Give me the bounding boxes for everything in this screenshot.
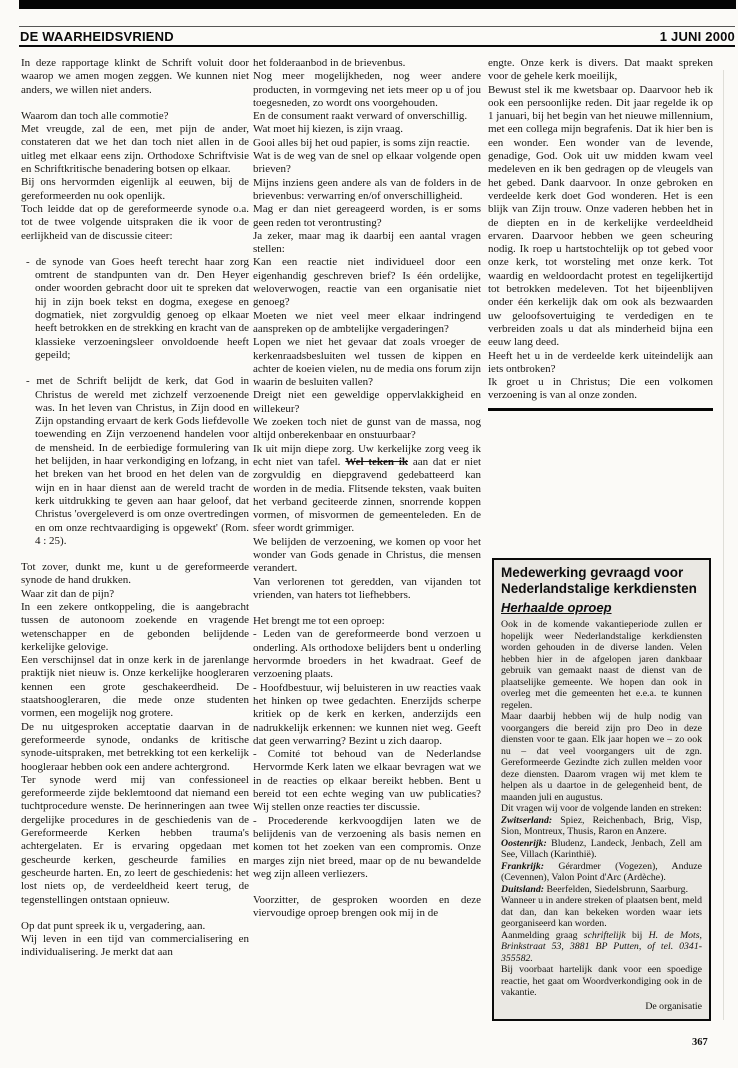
text-segment: Het brengt me tot een oproep: — [253, 615, 385, 627]
paragraph: Nog meer mogelijkheden, nog weer andere … — [253, 70, 481, 110]
paragraph: Tot zover, dunkt me, kunt u de gereforme… — [21, 561, 249, 588]
paragraph: In een zekere ontkoppeling, die is aange… — [21, 601, 249, 654]
text-segment: Bij voorbaat hartelijk dank voor een spo… — [501, 964, 702, 998]
text-segment: - Procederende kerkvoogdijen laten we de… — [253, 815, 481, 880]
paragraph: Maar daarbij hebben wij de hulp nodig va… — [501, 711, 702, 803]
masthead: DE WAARHEIDSVRIEND 1 JUNI 2000 — [20, 29, 735, 44]
text-segment: Wij leven in een tijd van commercialiser… — [21, 933, 249, 958]
text-segment: Moeten we niet veel meer elkaar indringe… — [253, 310, 481, 335]
paragraph: - Comité tot behoud van de Nederlandse H… — [253, 748, 481, 814]
header-rule-top — [19, 26, 735, 27]
text-segment: Waarom dan toch alle commotie? — [21, 110, 169, 122]
text-segment: In een zekere ontkoppeling, die is aange… — [21, 601, 249, 653]
text-segment: Kan een reactie niet individueel door ee… — [253, 256, 481, 308]
scan-artifact-line — [723, 70, 724, 1020]
paragraph: De nu uitgesproken acceptatie daarvan in… — [21, 721, 249, 774]
paragraph: De organisatie — [501, 1001, 702, 1013]
text-segment: Wat moet hij kiezen, is zijn vraag. — [253, 123, 403, 135]
paragraph: Van verlorenen tot geredden, van vijande… — [253, 576, 481, 603]
text-segment: Een verschijnsel dat in onze kerk in de … — [21, 654, 249, 719]
magazine-page: DE WAARHEIDSVRIEND 1 JUNI 2000 In deze r… — [0, 0, 738, 1068]
text-segment: het folderaanbod in de brievenbus. — [253, 57, 405, 69]
paragraph: Gooi alles bij het oud papier, is soms z… — [253, 137, 481, 150]
text-column-3: engte. Onze kerk is divers. Dat maakt sp… — [488, 57, 713, 411]
paragraph: Zwitserland: Spiez, Reichenbach, Brig, V… — [501, 815, 702, 838]
announcement-subtitle: Herhaalde oproep — [501, 600, 702, 615]
paragraph: - Procederende kerkvoogdijen laten we de… — [253, 815, 481, 881]
text-segment: Oostenrijk: — [501, 838, 547, 849]
top-black-bar — [19, 0, 736, 9]
paragraph: Mijns inziens geen andere als van de fol… — [253, 177, 481, 204]
text-segment: - met de Schrift belijdt de kerk, dat Go… — [26, 375, 249, 547]
text-segment: Ter synode werd mij van confessioneel ge… — [21, 774, 249, 906]
paragraph: Ja zeker, maar mag ik daarbij een aantal… — [253, 230, 481, 257]
text-segment: De nu uitgesproken acceptatie daarvan in… — [21, 721, 249, 773]
paragraph: Aanmelding graag schriftelijk bij H. de … — [501, 930, 702, 965]
paragraph: Dreigt niet een geweldige oppervlakkighe… — [253, 389, 481, 416]
paragraph: - met de Schrift belijdt de kerk, dat Go… — [26, 375, 249, 548]
header-rule-bottom — [19, 45, 735, 47]
text-segment: Maar daarbij hebben wij de hulp nodig va… — [501, 711, 702, 803]
text-segment: Dit vragen wij voor de volgende landen e… — [501, 803, 702, 814]
paragraph: Bij ons hervormden eigenlijk al eeuwen, … — [21, 176, 249, 203]
announcement-title: Medewerking gevraagd voor Nederlandstali… — [501, 565, 702, 597]
paragraph: Frankrijk: Gérardmer (Vogezen), Anduze (… — [501, 861, 702, 884]
text-segment: Ook in de komende vakantieperiode zullen… — [501, 619, 702, 711]
paragraph: Oostenrijk: Bludenz, Landeck, Jenbach, Z… — [501, 838, 702, 861]
text-segment: Gooi alles bij het oud papier, is soms z… — [253, 137, 470, 149]
text-segment: Wat is de weg van de snel op elkaar volg… — [253, 150, 481, 175]
paragraph: Voorzitter, de gesproken woorden en deze… — [253, 894, 481, 921]
text-segment: Met vreugde, zal de een, met pijn de and… — [21, 123, 249, 175]
text-segment: - de synode van Goes heeft terecht haar … — [26, 256, 249, 361]
article-end-rule — [488, 408, 713, 411]
paragraph: En de consument raakt verward of onversc… — [253, 110, 481, 123]
text-segment: Dreigt niet een geweldige oppervlakkighe… — [253, 389, 481, 414]
paragraph: Ter synode werd mij van confessioneel ge… — [21, 774, 249, 907]
text-segment: - Hoofdbestuur, wij beluisteren in uw re… — [253, 682, 481, 747]
paragraph: Met vreugde, zal de een, met pijn de and… — [21, 123, 249, 176]
issue-date: 1 JUNI 2000 — [660, 29, 735, 44]
text-segment: Voorzitter, de gesproken woorden en deze… — [253, 894, 481, 919]
paragraph: - Hoofdbestuur, wij beluisteren in uw re… — [253, 682, 481, 748]
text-segment: In deze rapportage klinkt de Schrift vol… — [21, 57, 249, 96]
text-segment: Zwitserland: — [501, 815, 552, 826]
paragraph: Kan een reactie niet individueel door ee… — [253, 256, 481, 309]
text-column-2: het folderaanbod in de brievenbus.Nog me… — [253, 57, 481, 921]
text-segment: Wel teken ik — [345, 456, 408, 468]
paragraph: Ook in de komende vakantieperiode zullen… — [501, 619, 702, 711]
text-segment: Duitsland: — [501, 884, 544, 895]
text-segment: We zoeken toch niet de gunst van de mass… — [253, 416, 481, 441]
paragraph: Lopen we niet het gevaar dat zoals vroeg… — [253, 336, 481, 389]
paragraph: Wat is de weg van de snel op elkaar volg… — [253, 150, 481, 177]
announcement-box: Medewerking gevraagd voor Nederlandstali… — [492, 558, 711, 1021]
paragraph: Duitsland: Beerfelden, Siedelsbrunn, Saa… — [501, 884, 702, 896]
paragraph: - Leden van de gereformeerde bond verzoe… — [253, 628, 481, 681]
announcement-body: Ook in de komende vakantieperiode zullen… — [501, 619, 702, 1012]
text-segment: Ja zeker, maar mag ik daarbij een aantal… — [253, 230, 481, 255]
paragraph: In deze rapportage klinkt de Schrift vol… — [21, 57, 249, 97]
paragraph: Dit vragen wij voor de volgende landen e… — [501, 803, 702, 815]
paragraph: het folderaanbod in de brievenbus. — [253, 57, 481, 70]
text-segment: Mijns inziens geen andere als van de fol… — [253, 177, 481, 202]
text-segment: - Leden van de gereformeerde bond verzoe… — [253, 628, 481, 680]
text-segment: Ik groet u in Christus; Die een volkomen… — [488, 376, 713, 401]
publication-title: DE WAARHEIDSVRIEND — [20, 29, 174, 44]
text-segment: Aanmelding graag — [501, 930, 584, 941]
text-segment: En de consument raakt verward of onversc… — [253, 110, 467, 122]
text-segment: bij — [626, 930, 649, 941]
text-segment: Mag er dan niet gereageerd worden, is er… — [253, 203, 481, 228]
text-segment: We belijden de verzoening, we komen op v… — [253, 536, 481, 575]
text-segment: Wanneer u in andere streken of plaatsen … — [501, 895, 702, 929]
paragraph: Toch leidde dat op de gereformeerde syno… — [21, 203, 249, 243]
paragraph: Een verschijnsel dat in onze kerk in de … — [21, 654, 249, 720]
paragraph: We belijden de verzoening, we komen op v… — [253, 536, 481, 576]
text-column-1: In deze rapportage klinkt de Schrift vol… — [21, 57, 249, 960]
paragraph: Wanneer u in andere streken of plaatsen … — [501, 895, 702, 930]
text-segment: Waar zit dan de pijn? — [21, 588, 114, 600]
text-segment: Heeft het u in de verdeelde kerk uiteind… — [488, 350, 713, 375]
text-segment: Bewust stel ik me kwetsbaar op. Daarvoor… — [488, 84, 713, 349]
paragraph: Ik groet u in Christus; Die een volkomen… — [488, 376, 713, 403]
paragraph: Op dat punt spreek ik u, vergadering, aa… — [21, 920, 249, 933]
paragraph: Waarom dan toch alle commotie? — [21, 110, 249, 123]
paragraph: Wat moet hij kiezen, is zijn vraag. — [253, 123, 481, 136]
paragraph: Bewust stel ik me kwetsbaar op. Daarvoor… — [488, 84, 713, 350]
paragraph: Moeten we niet veel meer elkaar indringe… — [253, 310, 481, 337]
text-segment: - Comité tot behoud van de Nederlandse H… — [253, 748, 481, 813]
paragraph: engte. Onze kerk is divers. Dat maakt sp… — [488, 57, 713, 84]
text-segment: engte. Onze kerk is divers. Dat maakt sp… — [488, 57, 713, 82]
text-segment: De organisatie — [645, 1001, 702, 1012]
paragraph: We zoeken toch niet de gunst van de mass… — [253, 416, 481, 443]
text-segment: Tot zover, dunkt me, kunt u de gereforme… — [21, 561, 249, 586]
text-segment: Frankrijk: — [501, 861, 544, 872]
paragraph: Het brengt me tot een oproep: — [253, 615, 481, 628]
paragraph: Bij voorbaat hartelijk dank voor een spo… — [501, 964, 702, 999]
paragraph: Waar zit dan de pijn? — [21, 588, 249, 601]
text-segment: Beerfelden, Siedelsbrunn, Saarburg. — [544, 884, 688, 895]
paragraph: Mag er dan niet gereageerd worden, is er… — [253, 203, 481, 230]
text-segment: Nog meer mogelijkheden, nog weer andere … — [253, 70, 481, 109]
paragraph: Heeft het u in de verdeelde kerk uiteind… — [488, 350, 713, 377]
text-segment: Toch leidde dat op de gereformeerde syno… — [21, 203, 249, 242]
paragraph: - de synode van Goes heeft terecht haar … — [26, 256, 249, 362]
page-number: 367 — [692, 1037, 708, 1048]
text-segment: Op dat punt spreek ik u, vergadering, aa… — [21, 920, 205, 932]
column-3-text: engte. Onze kerk is divers. Dat maakt sp… — [488, 57, 713, 403]
text-segment: Bij ons hervormden eigenlijk al eeuwen, … — [21, 176, 249, 201]
paragraph: Wij leven in een tijd van commercialiser… — [21, 933, 249, 960]
text-segment: Lopen we niet het gevaar dat zoals vroeg… — [253, 336, 481, 388]
paragraph: Ik uit mijn diepe zorg. Uw kerkelijke zo… — [253, 443, 481, 536]
text-segment: Van verlorenen tot geredden, van vijande… — [253, 576, 481, 601]
text-segment: schriftelijk — [584, 930, 626, 941]
